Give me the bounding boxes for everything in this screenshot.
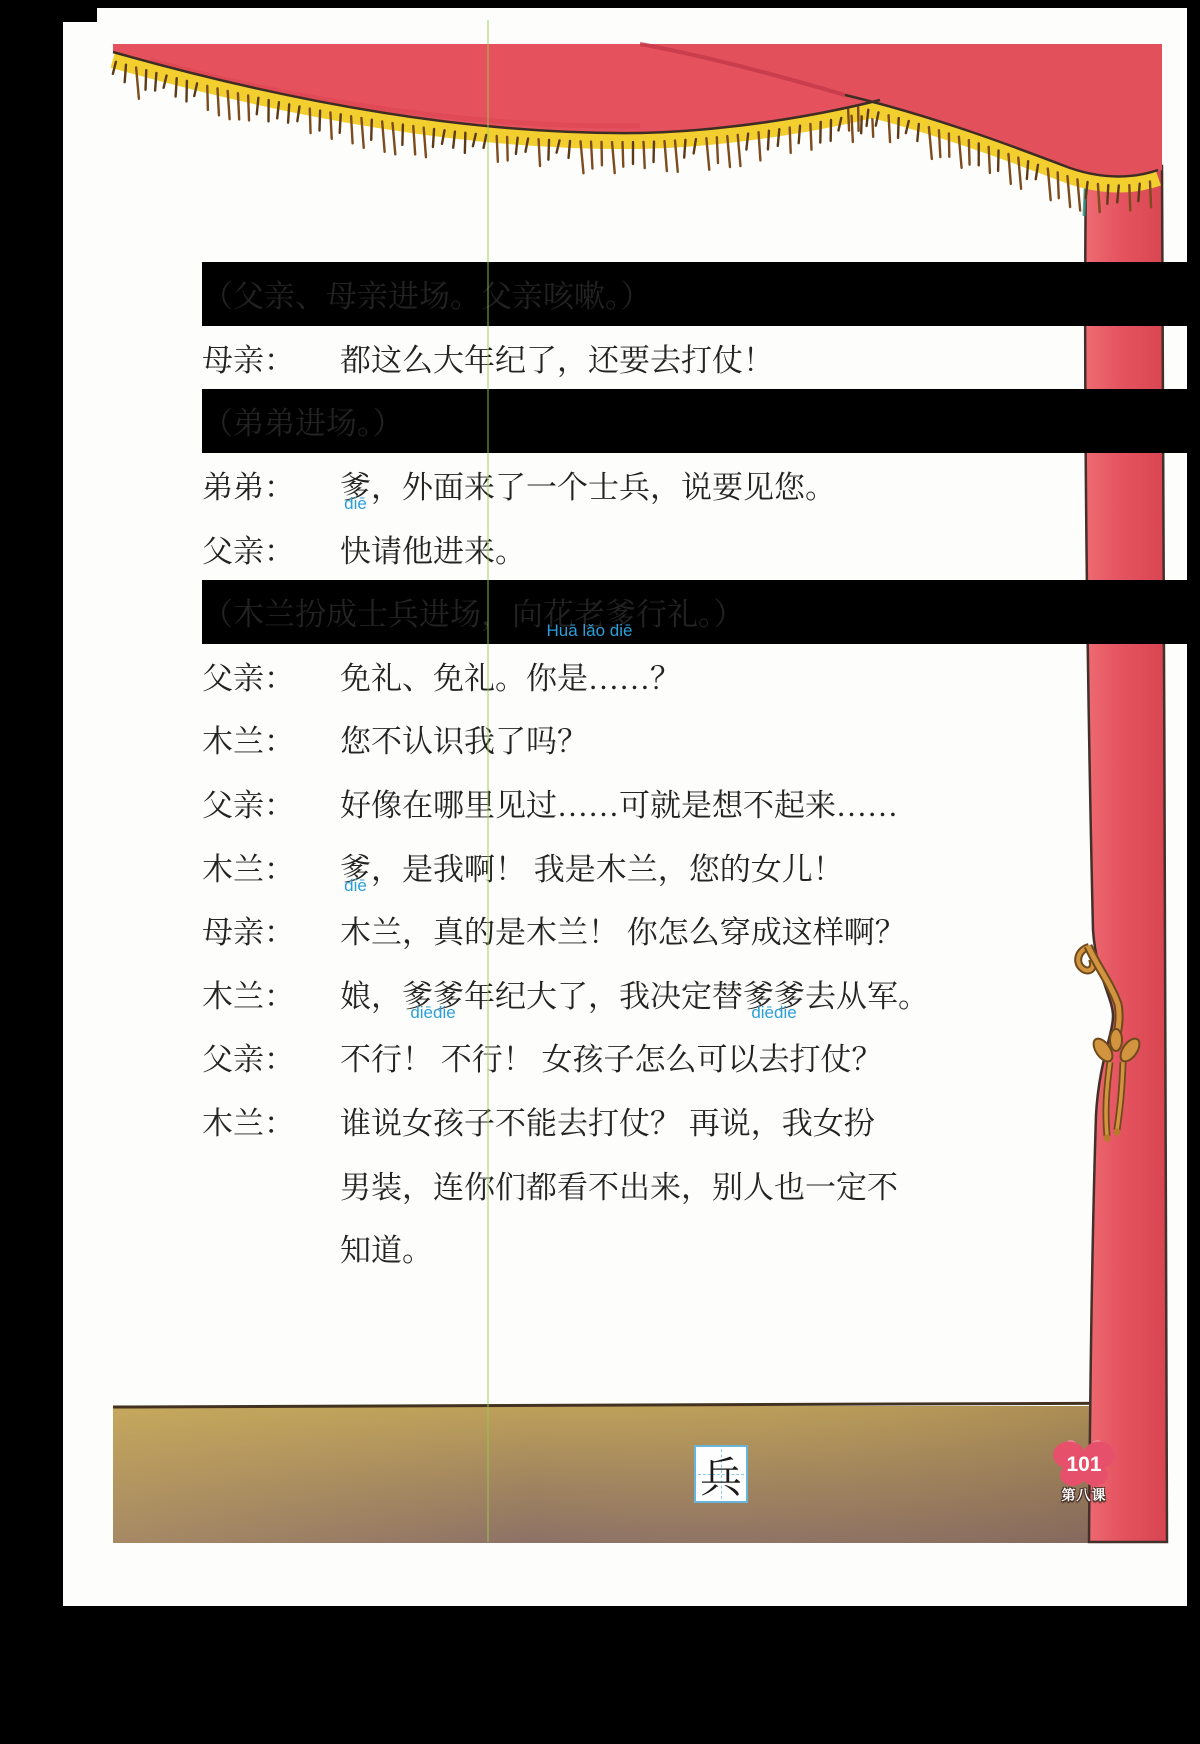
dialog-text: 免礼、免礼。你是……？ [340, 653, 681, 698]
speaker-label: 木兰： [202, 716, 340, 761]
script-line: 父亲：不行！ 不行！ 女孩子怎么可以去打仗？ [202, 1025, 1032, 1089]
script-line: 木兰：娘，爹爹diēdie年纪大了，我决定替爹爹diēdie去从军。 [202, 962, 1032, 1026]
speaker-label: 木兰： [202, 971, 340, 1016]
dialog-text: 男装，连你们都看不出来，别人也一定不 [340, 1162, 898, 1207]
script-line: 母亲：都这么大年纪了，还要去打仗！ [202, 326, 1032, 390]
dialog-text: 爹diē，是我啊！ 我是木兰，您的女儿！ [340, 844, 844, 889]
speaker-label: 母亲： [202, 335, 340, 380]
speaker-label: 父亲： [202, 780, 340, 825]
script-line: （弟弟进场。） [202, 389, 1200, 453]
speaker-label: 父亲： [202, 1034, 340, 1079]
script-line: （木兰扮成士兵进场，向花老爹Huā lǎo diē行礼。） [202, 580, 1200, 644]
speaker-label: 母亲： [202, 907, 340, 952]
script-line: 父亲：免礼、免礼。你是……？ [202, 644, 1032, 708]
scanned-page-photo: （父亲、母亲进场。父亲咳嗽。）母亲：都这么大年纪了，还要去打仗！（弟弟进场。）弟… [0, 0, 1200, 1744]
annotated-word: 爹diē [340, 462, 371, 507]
footer-bar [113, 1403, 1165, 1543]
script-line: 知道。 [202, 1216, 1032, 1280]
dialog-text: 快请他进来。 [340, 526, 526, 571]
dialog-text: 爹diē，外面来了一个士兵，说要见您。 [340, 462, 836, 507]
practice-character: 兵 [696, 1449, 746, 1501]
character-practice-box: 兵 [694, 1445, 748, 1503]
speaker-label: 弟弟： [202, 462, 340, 507]
script-line: （父亲、母亲进场。父亲咳嗽。） [202, 262, 1200, 326]
speaker-label: 父亲： [202, 526, 340, 571]
script-line: 男装，连你们都看不出来，别人也一定不 [202, 1152, 1032, 1216]
script-line: 木兰：谁说女孩子不能去打仗？ 再说，我女扮 [202, 1089, 1032, 1153]
dialog-text: 娘，爹爹diēdie年纪大了，我决定替爹爹diēdie去从军。 [340, 971, 929, 1016]
play-script: （父亲、母亲进场。父亲咳嗽。）母亲：都这么大年纪了，还要去打仗！（弟弟进场。）弟… [202, 262, 1032, 1280]
pinyin-annotation: Huā lǎo diē [546, 621, 632, 641]
pinyin-annotation: diē [344, 876, 367, 896]
annotated-word: 爹爹diēdie [743, 971, 805, 1016]
pinyin-annotation: diē [344, 494, 367, 514]
page-number: 101 [1066, 1453, 1101, 1476]
script-line: 母亲：木兰，真的是木兰！ 你怎么穿成这样啊？ [202, 898, 1032, 962]
script-line: 弟弟：爹diē，外面来了一个士兵，说要见您。 [202, 453, 1032, 517]
stage-direction: （木兰扮成士兵进场，向花老爹Huā lǎo diē行礼。） [202, 589, 745, 634]
dialog-text: 谁说女孩子不能去打仗？ 再说，我女扮 [340, 1098, 875, 1143]
script-line: 木兰：爹diē，是我啊！ 我是木兰，您的女儿！ [202, 834, 1032, 898]
lesson-label: 第八课 [1052, 1485, 1116, 1505]
speaker-label: 木兰： [202, 844, 340, 889]
butterfly-icon: 101 [1051, 1438, 1117, 1490]
scanner-streak-artifact [487, 20, 489, 1542]
pinyin-annotation: diēdie [410, 1003, 455, 1023]
speaker-label: 父亲： [202, 653, 340, 698]
script-line: 父亲：快请他进来。 [202, 516, 1032, 580]
right-curtain-panel [1085, 166, 1167, 1542]
dialog-text: 都这么大年纪了，还要去打仗！ [340, 335, 774, 380]
annotated-word: 花老爹Huā lǎo diē [543, 589, 636, 634]
stage-direction: （弟弟进场。） [202, 398, 404, 443]
annotated-word: 爹爹diēdie [402, 971, 464, 1016]
script-line: 木兰：您不认识我了吗？ [202, 707, 1032, 771]
pinyin-annotation: diēdie [751, 1003, 796, 1023]
stage-direction: （父亲、母亲进场。父亲咳嗽。） [202, 271, 652, 316]
annotated-word: 爹diē [340, 844, 371, 889]
dialog-text: 不行！ 不行！ 女孩子怎么可以去打仗？ [340, 1034, 883, 1079]
speaker-label: 木兰： [202, 1098, 340, 1143]
dialog-text: 您不认识我了吗？ [340, 716, 588, 761]
script-line: 父亲：好像在哪里见过……可就是想不起来…… [202, 771, 1032, 835]
dialog-text: 好像在哪里见过……可就是想不起来…… [340, 780, 898, 825]
dialog-text: 木兰，真的是木兰！ 你怎么穿成这样啊？ [340, 907, 906, 952]
dialog-text: 知道。 [340, 1225, 433, 1270]
